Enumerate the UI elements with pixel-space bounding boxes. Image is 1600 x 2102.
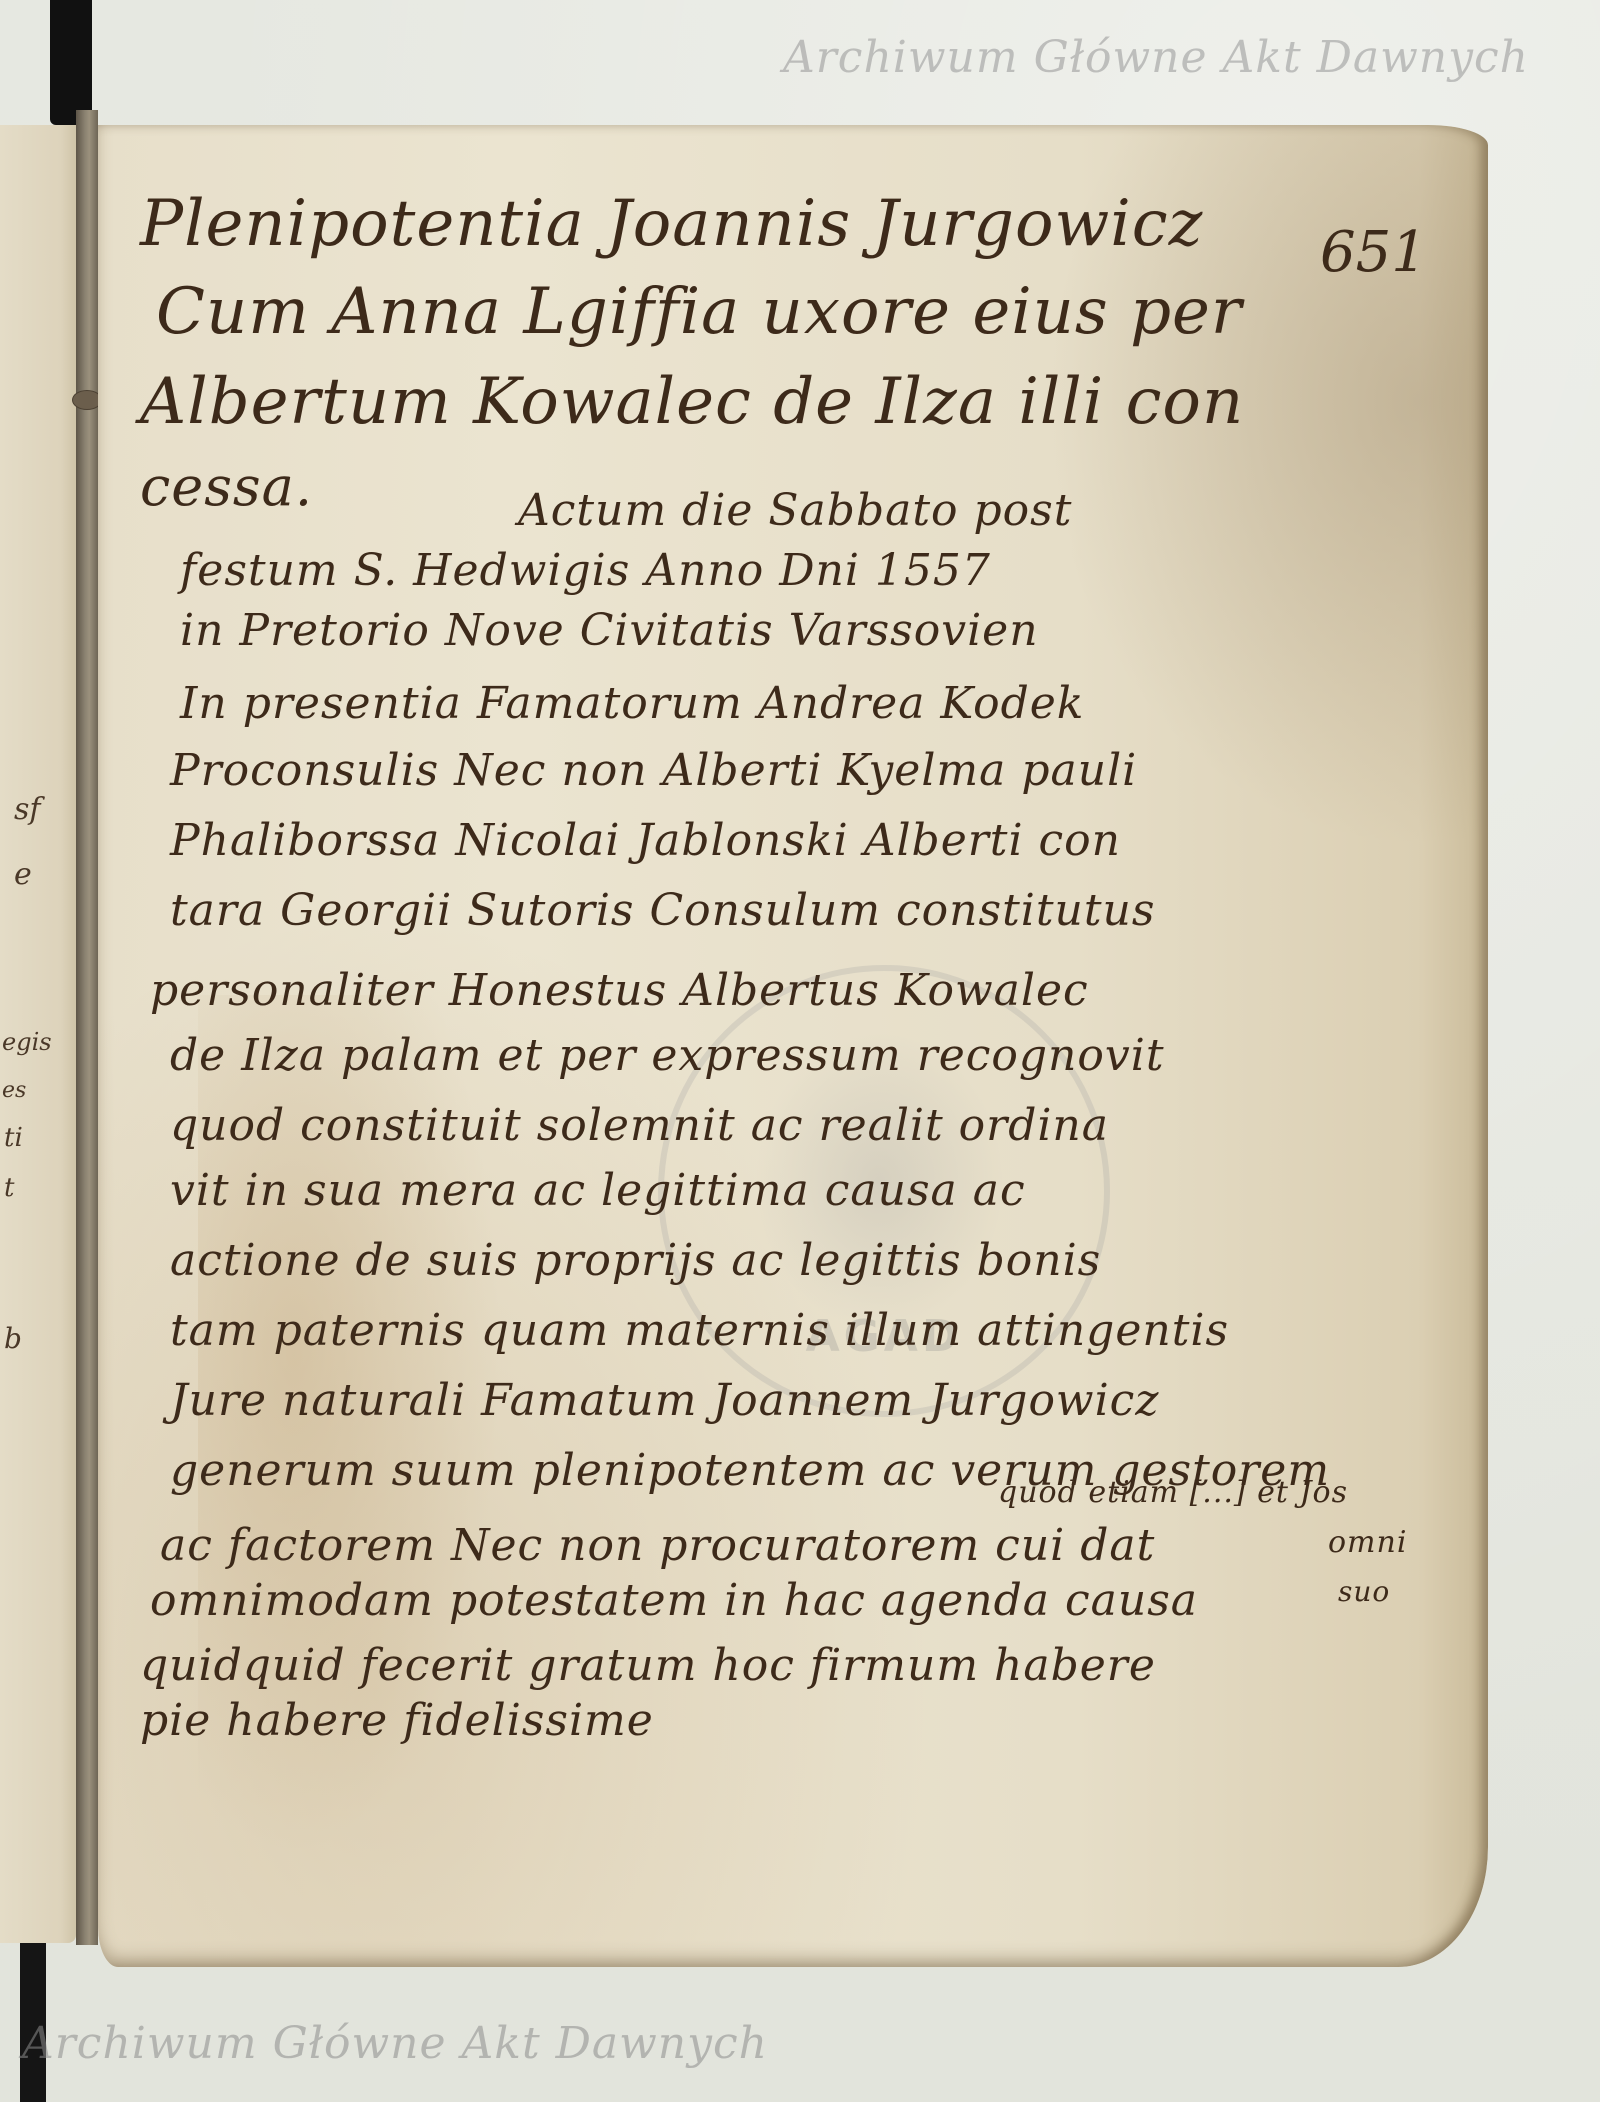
- interlinear-note: suo: [1338, 1575, 1390, 1608]
- manuscript-line: Phaliborssa Nicolai Jablonski Alberti co…: [170, 815, 1121, 866]
- left-facing-page: sf e egis es ti t b: [0, 125, 76, 1943]
- document-title-line: Albertum Kowalec de Ilza illi con: [140, 365, 1244, 439]
- manuscript-line: festum S. Hedwigis Anno Dni 1557: [180, 545, 991, 596]
- book-gutter: [76, 110, 98, 1945]
- manuscript-line: de Ilza palam et per expressum recognovi…: [170, 1030, 1165, 1081]
- manuscript-line: omnimodam potestatem in hac agenda causa: [150, 1575, 1198, 1626]
- left-page-fragment: t: [4, 1175, 80, 1201]
- interlinear-note: omni: [1328, 1525, 1407, 1560]
- interlinear-note: quod etiam [...] et Jos: [998, 1475, 1348, 1510]
- manuscript-line: Jure naturali Famatum Joannem Jurgowicz: [170, 1375, 1160, 1426]
- binding-strap-bottom: [20, 1930, 46, 2102]
- manuscript-line: personaliter Honestus Albertus Kowalec: [150, 965, 1089, 1016]
- left-page-fragment: ti: [4, 1125, 80, 1151]
- manuscript-line: quidquid fecerit gratum hoc firmum haber…: [140, 1640, 1156, 1691]
- left-page-fragment: b: [4, 1325, 80, 1353]
- archive-watermark-bottom: Archiwum Główne Akt Dawnych: [22, 2018, 768, 2069]
- manuscript-line: tara Georgii Sutoris Consulum constitutu…: [170, 885, 1155, 936]
- manuscript-line: quod constituit solemnit ac realit ordin…: [170, 1100, 1109, 1151]
- folio-number: 651: [1320, 220, 1427, 285]
- document-title-line: cessa.: [140, 455, 313, 518]
- manuscript-folio: AGAD 651 Plenipotentia Joannis Jurgowicz…: [98, 125, 1488, 1967]
- manuscript-line: ac factorem Nec non procuratorem cui dat: [160, 1520, 1155, 1571]
- document-title-line: Plenipotentia Joannis Jurgowicz: [140, 187, 1203, 261]
- left-page-fragment: es: [2, 1080, 78, 1102]
- manuscript-line: tam paternis quam maternis illum attinge…: [170, 1305, 1229, 1356]
- manuscript-line: In presentia Famatorum Andrea Kodek: [180, 678, 1084, 729]
- manuscript-line: vit in sua mera ac legittima causa ac: [170, 1165, 1026, 1216]
- binding-strap: [50, 0, 92, 125]
- manuscript-line: Proconsulis Nec non Alberti Kyelma pauli: [170, 745, 1137, 796]
- document-title-line: Cum Anna Lgiffia uxore eius per: [156, 275, 1243, 349]
- left-page-fragment: egis: [2, 1030, 78, 1054]
- manuscript-line: Actum die Sabbato post: [518, 485, 1072, 536]
- archive-watermark-top: Archiwum Główne Akt Dawnych: [783, 32, 1529, 83]
- manuscript-line: actione de suis proprijs ac legittis bon…: [170, 1235, 1101, 1286]
- manuscript-line: pie habere fidelissime: [140, 1695, 654, 1746]
- manuscript-line: in Pretorio Nove Civitatis Varssovien: [180, 605, 1039, 656]
